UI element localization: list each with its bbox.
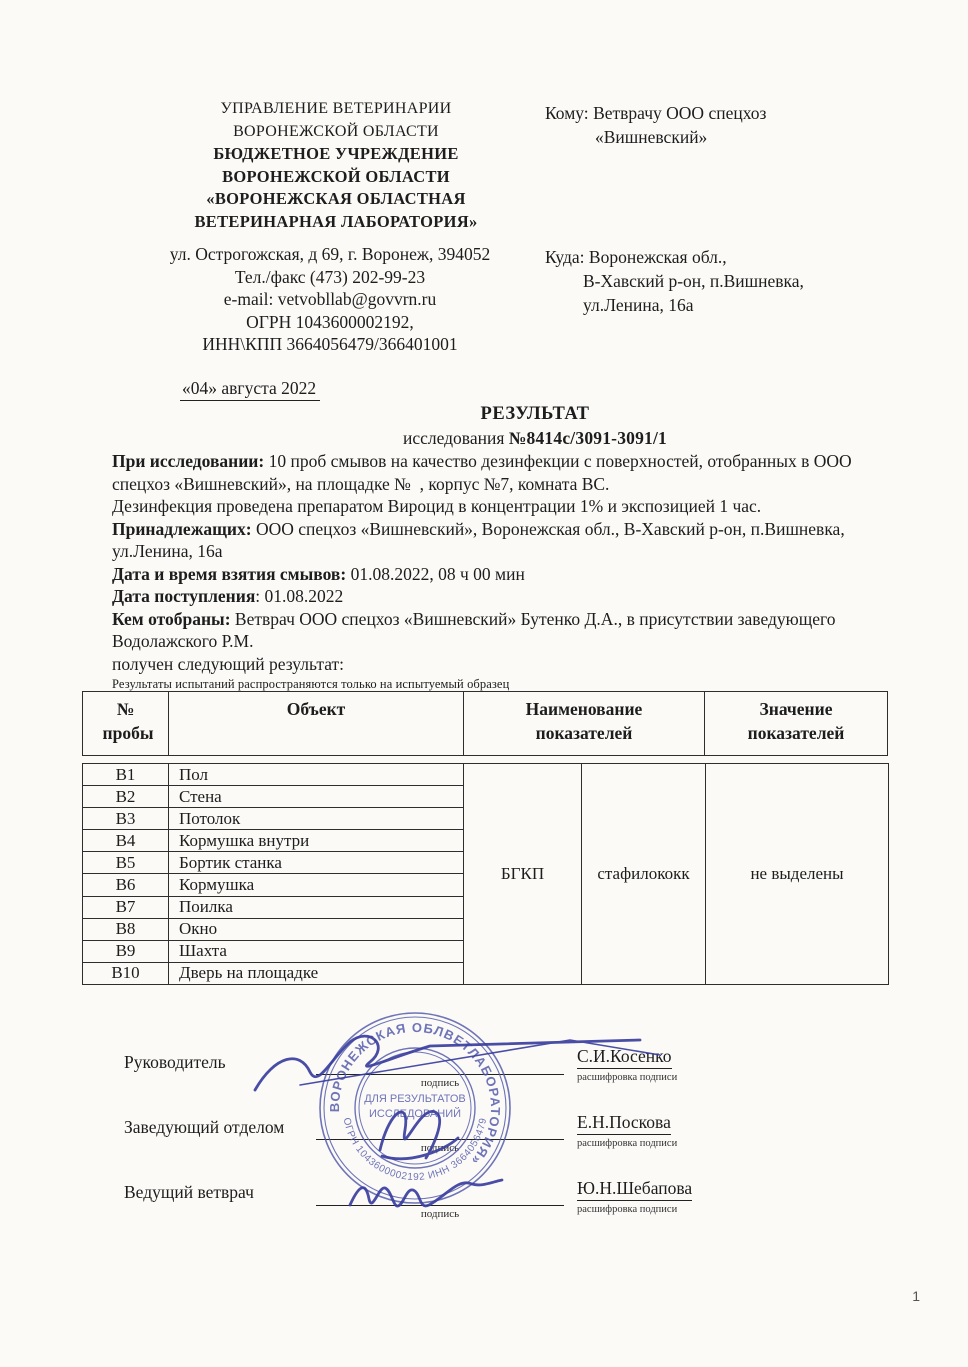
sample-object: Стена xyxy=(169,786,464,808)
results-table-body: В1 Пол БГКП стафилококк не выделены В2Ст… xyxy=(82,763,889,985)
sample-object: Кормушка xyxy=(169,874,464,896)
scanned-document-page: УПРАВЛЕНИЕ ВЕТЕРИНАРИИ ВОРОНЕЖСКОЙ ОБЛАС… xyxy=(0,0,968,1367)
sample-object: Дверь на площадке xyxy=(169,962,464,984)
signature-stroke-head xyxy=(380,1111,458,1158)
organization-block: УПРАВЛЕНИЕ ВЕТЕРИНАРИИ ВОРОНЕЖСКОЙ ОБЛАС… xyxy=(140,98,532,233)
sample-object: Окно xyxy=(169,918,464,940)
sample-id: В10 xyxy=(83,962,169,984)
sample-id: В2 xyxy=(83,786,169,808)
to-label: Кому: xyxy=(545,103,589,123)
results-table-header: № пробы Объект Наименование показателей … xyxy=(82,691,888,756)
col-header-indicator: Наименование показателей xyxy=(464,692,705,756)
where-line: В-Хавский р-он, п.Вишневка, xyxy=(545,269,804,293)
sample-object: Бортик станка xyxy=(169,852,464,874)
paragraph-owner: Принадлежащих: ООО спецхоз «Вишневский»,… xyxy=(112,518,909,563)
sample-object: Кормушка внутри xyxy=(169,830,464,852)
scope-note: Результаты испытаний распространяются то… xyxy=(112,677,909,692)
signature-stroke-director-cross xyxy=(300,1040,660,1085)
sample-object: Шахта xyxy=(169,940,464,962)
sample-id: В3 xyxy=(83,808,169,830)
sample-object: Поилка xyxy=(169,896,464,918)
destination-block: Куда: Воронежская обл., В-Хавский р-он, … xyxy=(545,245,804,317)
addressee-block: Кому: Ветврачу ООО спецхоз «Вишневский» xyxy=(545,101,766,149)
org-line: БЮДЖЕТНОЕ УЧРЕЖДЕНИЕ xyxy=(140,143,532,166)
sample-object: Пол xyxy=(169,764,464,786)
org-line: ВЕТЕРИНАРНАЯ ЛАБОРАТОРИЯ» xyxy=(140,211,532,234)
paragraph-study: При исследовании: 10 проб смывов на каче… xyxy=(112,450,909,495)
org-line: УПРАВЛЕНИЕ ВЕТЕРИНАРИИ xyxy=(140,98,532,121)
table-row: В1 Пол БГКП стафилококк не выделены xyxy=(83,764,889,786)
contact-line: ул. Острогожская, д 69, г. Воронеж, 3940… xyxy=(118,243,542,266)
to-line: «Вишневский» xyxy=(545,125,766,149)
sample-id: В4 xyxy=(83,830,169,852)
sample-id: В7 xyxy=(83,896,169,918)
contact-line: ИНН\КПП 3664056479/366401001 xyxy=(118,333,542,356)
contact-line: Тел./факс (473) 202-99-23 xyxy=(118,266,542,289)
paragraph-disinfection: Дезинфекция проведена препаратом Вироцид… xyxy=(112,495,909,518)
signer-role: Руководитель xyxy=(124,1052,226,1073)
org-line: «ВОРОНЕЖСКАЯ ОБЛАСТНАЯ xyxy=(140,188,532,211)
sample-object: Потолок xyxy=(169,808,464,830)
sample-id: В1 xyxy=(83,764,169,786)
contact-line: e-mail: vetvobllab@govvrn.ru xyxy=(118,288,542,311)
sample-id: В5 xyxy=(83,852,169,874)
col-header-value: Значение показателей xyxy=(705,692,888,756)
document-date: «04» августа 2022 xyxy=(180,378,320,401)
signature-stroke-vet xyxy=(350,1180,502,1206)
col-header-sample: № пробы xyxy=(83,692,169,756)
document-subtitle: исследования №8414с/3091-3091/1 xyxy=(102,428,968,449)
to-line: Ветврачу ООО спецхоз xyxy=(593,103,766,123)
signature-ink xyxy=(230,1000,680,1230)
org-line: ВОРОНЕЖСКОЙ ОБЛАСТИ xyxy=(140,166,532,189)
org-line: ВОРОНЕЖСКОЙ ОБЛАСТИ xyxy=(140,121,532,144)
study-number: №8414с/3091-3091/1 xyxy=(509,428,667,448)
where-line: Воронежская обл., xyxy=(589,247,727,267)
where-label: Куда: xyxy=(545,247,585,267)
paragraph-sampling-date: Дата и время взятия смывов: 01.08.2022, … xyxy=(112,563,909,586)
paragraph-sampled-by: Кем отобраны: Ветврач ООО спецхоз «Вишне… xyxy=(112,608,909,653)
document-title-block: РЕЗУЛЬТАТ исследования №8414с/3091-3091/… xyxy=(102,404,968,449)
contact-line: ОГРН 1043600002192, xyxy=(118,311,542,334)
indicator-bgkp: БГКП xyxy=(464,764,582,985)
contacts-block: ул. Острогожская, д 69, г. Воронеж, 3940… xyxy=(118,243,542,356)
signature-stroke-director xyxy=(255,1036,640,1090)
sample-id: В9 xyxy=(83,940,169,962)
indicator-staph: стафилококк xyxy=(582,764,706,985)
page-number: 1 xyxy=(0,1288,920,1304)
col-header-object: Объект xyxy=(169,692,464,756)
document-title: РЕЗУЛЬТАТ xyxy=(102,404,968,425)
body-text: При исследовании: 10 проб смывов на каче… xyxy=(112,450,909,692)
where-line: ул.Ленина, 16а xyxy=(545,293,804,317)
result-value: не выделены xyxy=(706,764,889,985)
sample-id: В6 xyxy=(83,874,169,896)
paragraph-receipt-date: Дата поступления: 01.08.2022 xyxy=(112,585,909,608)
sample-id: В8 xyxy=(83,918,169,940)
paragraph-result-intro: получен следующий результат: xyxy=(112,653,909,676)
